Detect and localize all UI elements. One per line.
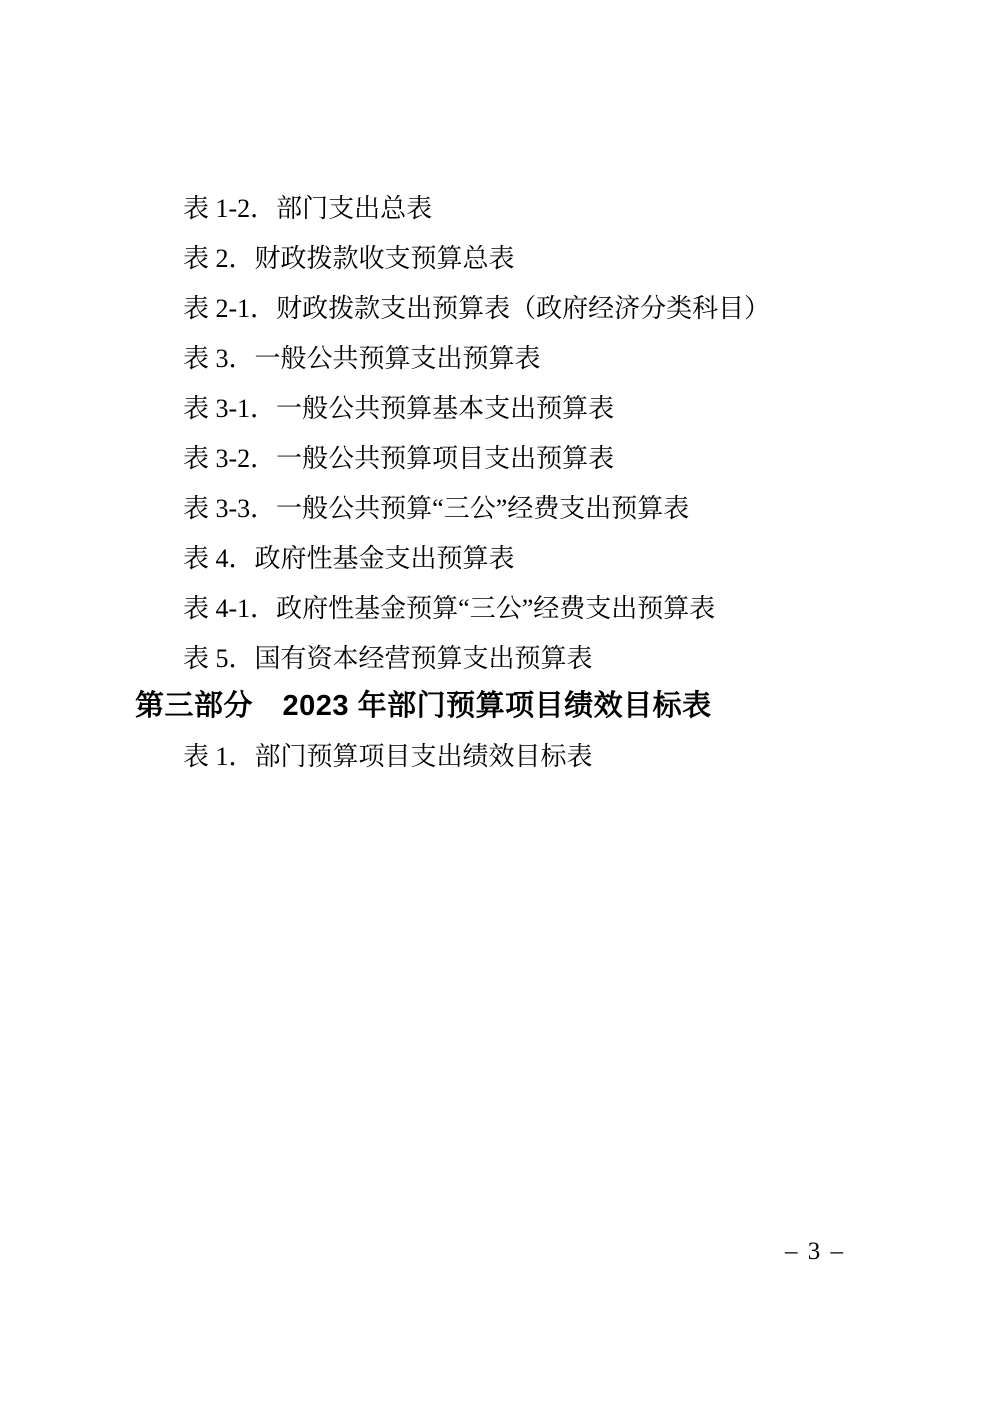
page-number: – 3 – — [760, 1238, 870, 1266]
toc-item: 表 3．一般公共预算支出预算表 — [183, 334, 770, 384]
toc-item: 表 3-3．一般公共预算“三公”经费支出预算表 — [183, 484, 770, 534]
toc-part2-list: 表 1-2．部门支出总表 表 2．财政拨款收支预算总表 表 2-1．财政拨款支出… — [183, 184, 770, 684]
toc-item: 表 1-2．部门支出总表 — [183, 184, 770, 234]
toc-item: 表 3-1．一般公共预算基本支出预算表 — [183, 384, 770, 434]
toc-item: 表 2．财政拨款收支预算总表 — [183, 234, 770, 284]
toc-item: 表 5．国有资本经营预算支出预算表 — [183, 634, 770, 684]
toc-item: 表 2-1．财政拨款支出预算表（政府经济分类科目） — [183, 284, 770, 334]
toc-item: 表 4．政府性基金支出预算表 — [183, 534, 770, 584]
section-heading-part3: 第三部分 2023 年部门预算项目绩效目标表 — [135, 680, 712, 732]
toc-item: 表 4-1．政府性基金预算“三公”经费支出预算表 — [183, 584, 770, 634]
document-page: 表 1-2．部门支出总表 表 2．财政拨款收支预算总表 表 2-1．财政拨款支出… — [0, 0, 992, 1403]
toc-item: 表 1．部门预算项目支出绩效目标表 — [183, 732, 593, 782]
toc-item: 表 3-2．一般公共预算项目支出预算表 — [183, 434, 770, 484]
toc-part3-list: 表 1．部门预算项目支出绩效目标表 — [183, 732, 593, 782]
